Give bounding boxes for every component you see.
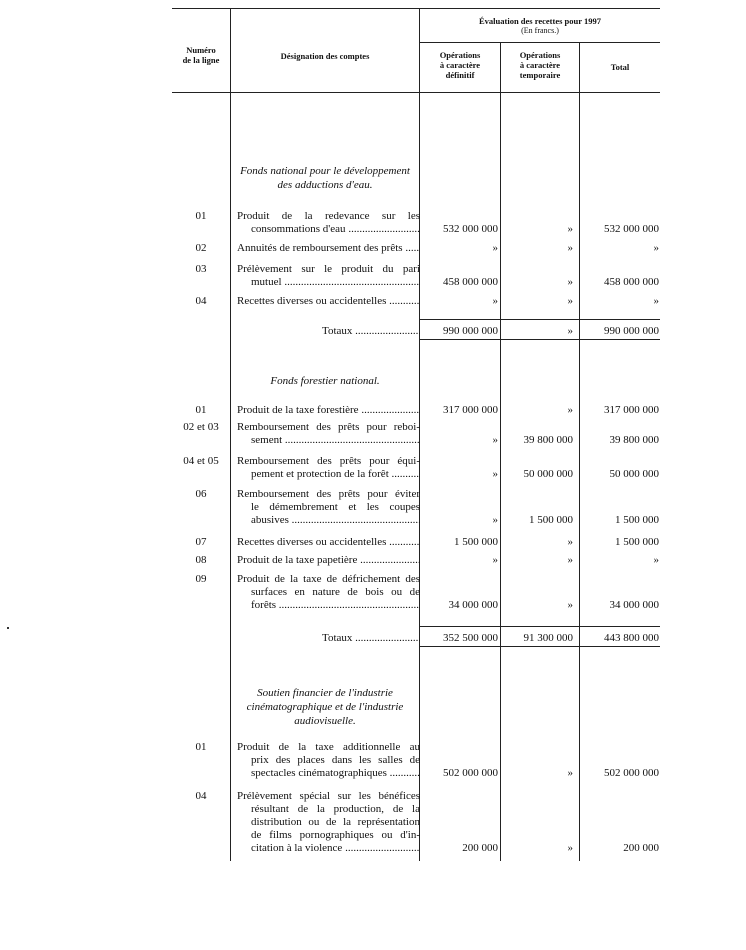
header-number-line: de la ligne	[172, 55, 230, 65]
col-divider-definitif	[500, 42, 501, 861]
line-number: 03	[172, 263, 230, 276]
value-temporaire: »	[501, 767, 573, 780]
account-label: Recettes diverses ou accidentelles	[237, 536, 420, 549]
group-header-rule	[419, 42, 660, 43]
col-divider-temporaire	[579, 42, 580, 861]
line-number: 07	[172, 536, 230, 549]
line-number: 04	[172, 295, 230, 308]
line-number: 02	[172, 242, 230, 255]
value-definitif: »	[420, 554, 498, 567]
value-total: »	[580, 554, 659, 567]
header-total-text: Total	[580, 62, 660, 72]
header-group-unit: (En francs.)	[420, 26, 660, 36]
value-temporaire: »	[501, 223, 573, 236]
totals-temporaire: »	[501, 325, 573, 338]
account-label-line: Recettes diverses ou accidentelles	[237, 295, 420, 308]
totals-label: Totaux	[237, 632, 420, 645]
account-label-line: citation à la violence	[237, 842, 420, 855]
value-temporaire: »	[501, 276, 573, 289]
account-label-line: forêts	[237, 599, 420, 612]
account-label: Produit de la taxe forestière	[237, 404, 420, 417]
header-line: à caractère	[420, 60, 500, 70]
section-title: Fonds forestier national.	[231, 374, 419, 388]
value-temporaire: »	[501, 242, 573, 255]
header-line: Opérations	[501, 50, 579, 60]
totals-top-rule-1	[419, 319, 660, 320]
line-number: 01	[172, 404, 230, 417]
header-group-title: Évaluation des recettes pour 1997	[420, 16, 660, 26]
account-label-line: sement	[237, 434, 420, 447]
header-group: Évaluation des recettes pour 1997 (En fr…	[420, 16, 660, 36]
col-divider-number	[230, 8, 231, 861]
table-top-rule	[172, 8, 660, 9]
account-label-line: prix des places dans les salles de	[237, 754, 420, 767]
header-designation: Désignation des comptes	[231, 51, 419, 61]
value-temporaire: »	[501, 842, 573, 855]
totals-bottom-rule-2	[419, 646, 660, 647]
value-definitif: 1 500 000	[420, 536, 498, 549]
account-label-line: Remboursement des prêts pour équi-	[237, 455, 420, 468]
header-bottom-rule	[172, 92, 660, 93]
value-definitif: 458 000 000	[420, 276, 498, 289]
header-line: temporaire	[501, 70, 579, 80]
header-line: à caractère	[501, 60, 579, 70]
value-total: »	[580, 295, 659, 308]
section-title-line: Fonds national pour le développement	[231, 164, 419, 178]
totals-temporaire: 91 300 000	[501, 632, 573, 645]
value-total: 502 000 000	[580, 767, 659, 780]
account-label: Recettes diverses ou accidentelles	[237, 295, 420, 308]
header-number: Numéro de la ligne	[172, 45, 230, 65]
value-definitif: »	[420, 242, 498, 255]
account-label-line: Produit de la redevance sur les	[237, 210, 420, 223]
value-total: 1 500 000	[580, 536, 659, 549]
account-label: Remboursement des prêts pour éviterle dé…	[237, 488, 420, 527]
totals-definitif: 352 500 000	[420, 632, 498, 645]
line-number: 09	[172, 573, 230, 586]
header-definitif: Opérations à caractère définitif	[420, 50, 500, 80]
value-total: 458 000 000	[580, 276, 659, 289]
value-temporaire: 39 800 000	[501, 434, 573, 447]
value-definitif: 317 000 000	[420, 404, 498, 417]
value-temporaire: 50 000 000	[501, 468, 573, 481]
line-number: 04 et 05	[172, 455, 230, 468]
header-line: définitif	[420, 70, 500, 80]
value-total: 34 000 000	[580, 599, 659, 612]
account-label: Prélèvement sur le produit du parimutuel	[237, 263, 420, 289]
section-title-line: Fonds forestier national.	[231, 374, 419, 388]
account-label-line: surfaces en nature de bois ou de	[237, 586, 420, 599]
account-label: Produit de la taxe papetière	[237, 554, 420, 567]
account-label-line: consommations d'eau	[237, 223, 420, 236]
header-designation-text: Désignation des comptes	[231, 51, 419, 61]
totals-label: Totaux	[237, 325, 420, 338]
section-title-line: audiovisuelle.	[231, 714, 419, 728]
account-label-line: spectacles cinématographiques	[237, 767, 420, 780]
value-temporaire: »	[501, 554, 573, 567]
stray-mark	[7, 627, 9, 629]
value-temporaire: »	[501, 295, 573, 308]
value-total: 532 000 000	[580, 223, 659, 236]
header-temporaire: Opérations à caractère temporaire	[501, 50, 579, 80]
account-label-line: résultant de la production, de la	[237, 803, 420, 816]
account-label: Produit de la redevance sur lesconsommat…	[237, 210, 420, 236]
line-number: 01	[172, 741, 230, 754]
budget-table-page: Numéro de la ligne Désignation des compt…	[0, 0, 746, 950]
account-label: Annuités de remboursement des prêts	[237, 242, 420, 255]
value-definitif: »	[420, 468, 498, 481]
totals-total: 990 000 000	[580, 325, 659, 338]
account-label-line: Produit de la taxe papetière	[237, 554, 420, 567]
totals-definitif: 990 000 000	[420, 325, 498, 338]
totals-total: 443 800 000	[580, 632, 659, 645]
line-number: 08	[172, 554, 230, 567]
totals-label-text: Totaux	[237, 632, 420, 645]
account-label-line: Remboursement des prêts pour éviter	[237, 488, 420, 501]
account-label-line: Prélèvement spécial sur les bénéfices	[237, 790, 420, 803]
account-label-line: Produit de la taxe additionnelle au	[237, 741, 420, 754]
value-temporaire: »	[501, 404, 573, 417]
account-label-line: pement et protection de la forêt	[237, 468, 420, 481]
account-label-line: Remboursement des prêts pour reboi-	[237, 421, 420, 434]
value-temporaire: 1 500 000	[501, 514, 573, 527]
account-label-line: Recettes diverses ou accidentelles	[237, 536, 420, 549]
value-total: 50 000 000	[580, 468, 659, 481]
account-label-line: Prélèvement sur le produit du pari	[237, 263, 420, 276]
account-label: Remboursement des prêts pour reboi-semen…	[237, 421, 420, 447]
value-definitif: 502 000 000	[420, 767, 498, 780]
totals-bottom-rule-1	[419, 339, 660, 340]
header-line: Opérations	[420, 50, 500, 60]
account-label-line: Produit de la taxe forestière	[237, 404, 420, 417]
value-definitif: »	[420, 295, 498, 308]
value-definitif: 200 000	[420, 842, 498, 855]
totals-label-text: Totaux	[237, 325, 420, 338]
section-title-line: Soutien financier de l'industrie	[231, 686, 419, 700]
line-number: 04	[172, 790, 230, 803]
account-label-line: de films pornographiques ou d'in-	[237, 829, 420, 842]
value-total: 39 800 000	[580, 434, 659, 447]
value-total: 1 500 000	[580, 514, 659, 527]
line-number: 06	[172, 488, 230, 501]
account-label-line: Annuités de remboursement des prêts	[237, 242, 420, 255]
value-total: 200 000	[580, 842, 659, 855]
account-label-line: Produit de la taxe de défrichement des	[237, 573, 420, 586]
header-number-line: Numéro	[172, 45, 230, 55]
value-definitif: »	[420, 514, 498, 527]
account-label: Produit de la taxe de défrichement dessu…	[237, 573, 420, 612]
header-total: Total	[580, 62, 660, 72]
account-label: Remboursement des prêts pour équi-pement…	[237, 455, 420, 481]
section-title-line: cinématographique et de l'industrie	[231, 700, 419, 714]
value-temporaire: »	[501, 599, 573, 612]
account-label-line: distribution ou de la représentation	[237, 816, 420, 829]
account-label: Prélèvement spécial sur les bénéficesrés…	[237, 790, 420, 855]
line-number: 02 et 03	[172, 421, 230, 434]
totals-top-rule-2	[419, 626, 660, 627]
value-temporaire: »	[501, 536, 573, 549]
account-label-line: abusives	[237, 514, 420, 527]
section-title: Soutien financier de l'industriecinémato…	[231, 686, 419, 728]
line-number: 01	[172, 210, 230, 223]
value-definitif: 34 000 000	[420, 599, 498, 612]
account-label-line: le démembrement et les coupes	[237, 501, 420, 514]
value-total: 317 000 000	[580, 404, 659, 417]
value-definitif: 532 000 000	[420, 223, 498, 236]
account-label-line: mutuel	[237, 276, 420, 289]
value-total: »	[580, 242, 659, 255]
account-label: Produit de la taxe additionnelle auprix …	[237, 741, 420, 780]
section-title-line: des adductions d'eau.	[231, 178, 419, 192]
section-title: Fonds national pour le développementdes …	[231, 164, 419, 192]
value-definitif: »	[420, 434, 498, 447]
